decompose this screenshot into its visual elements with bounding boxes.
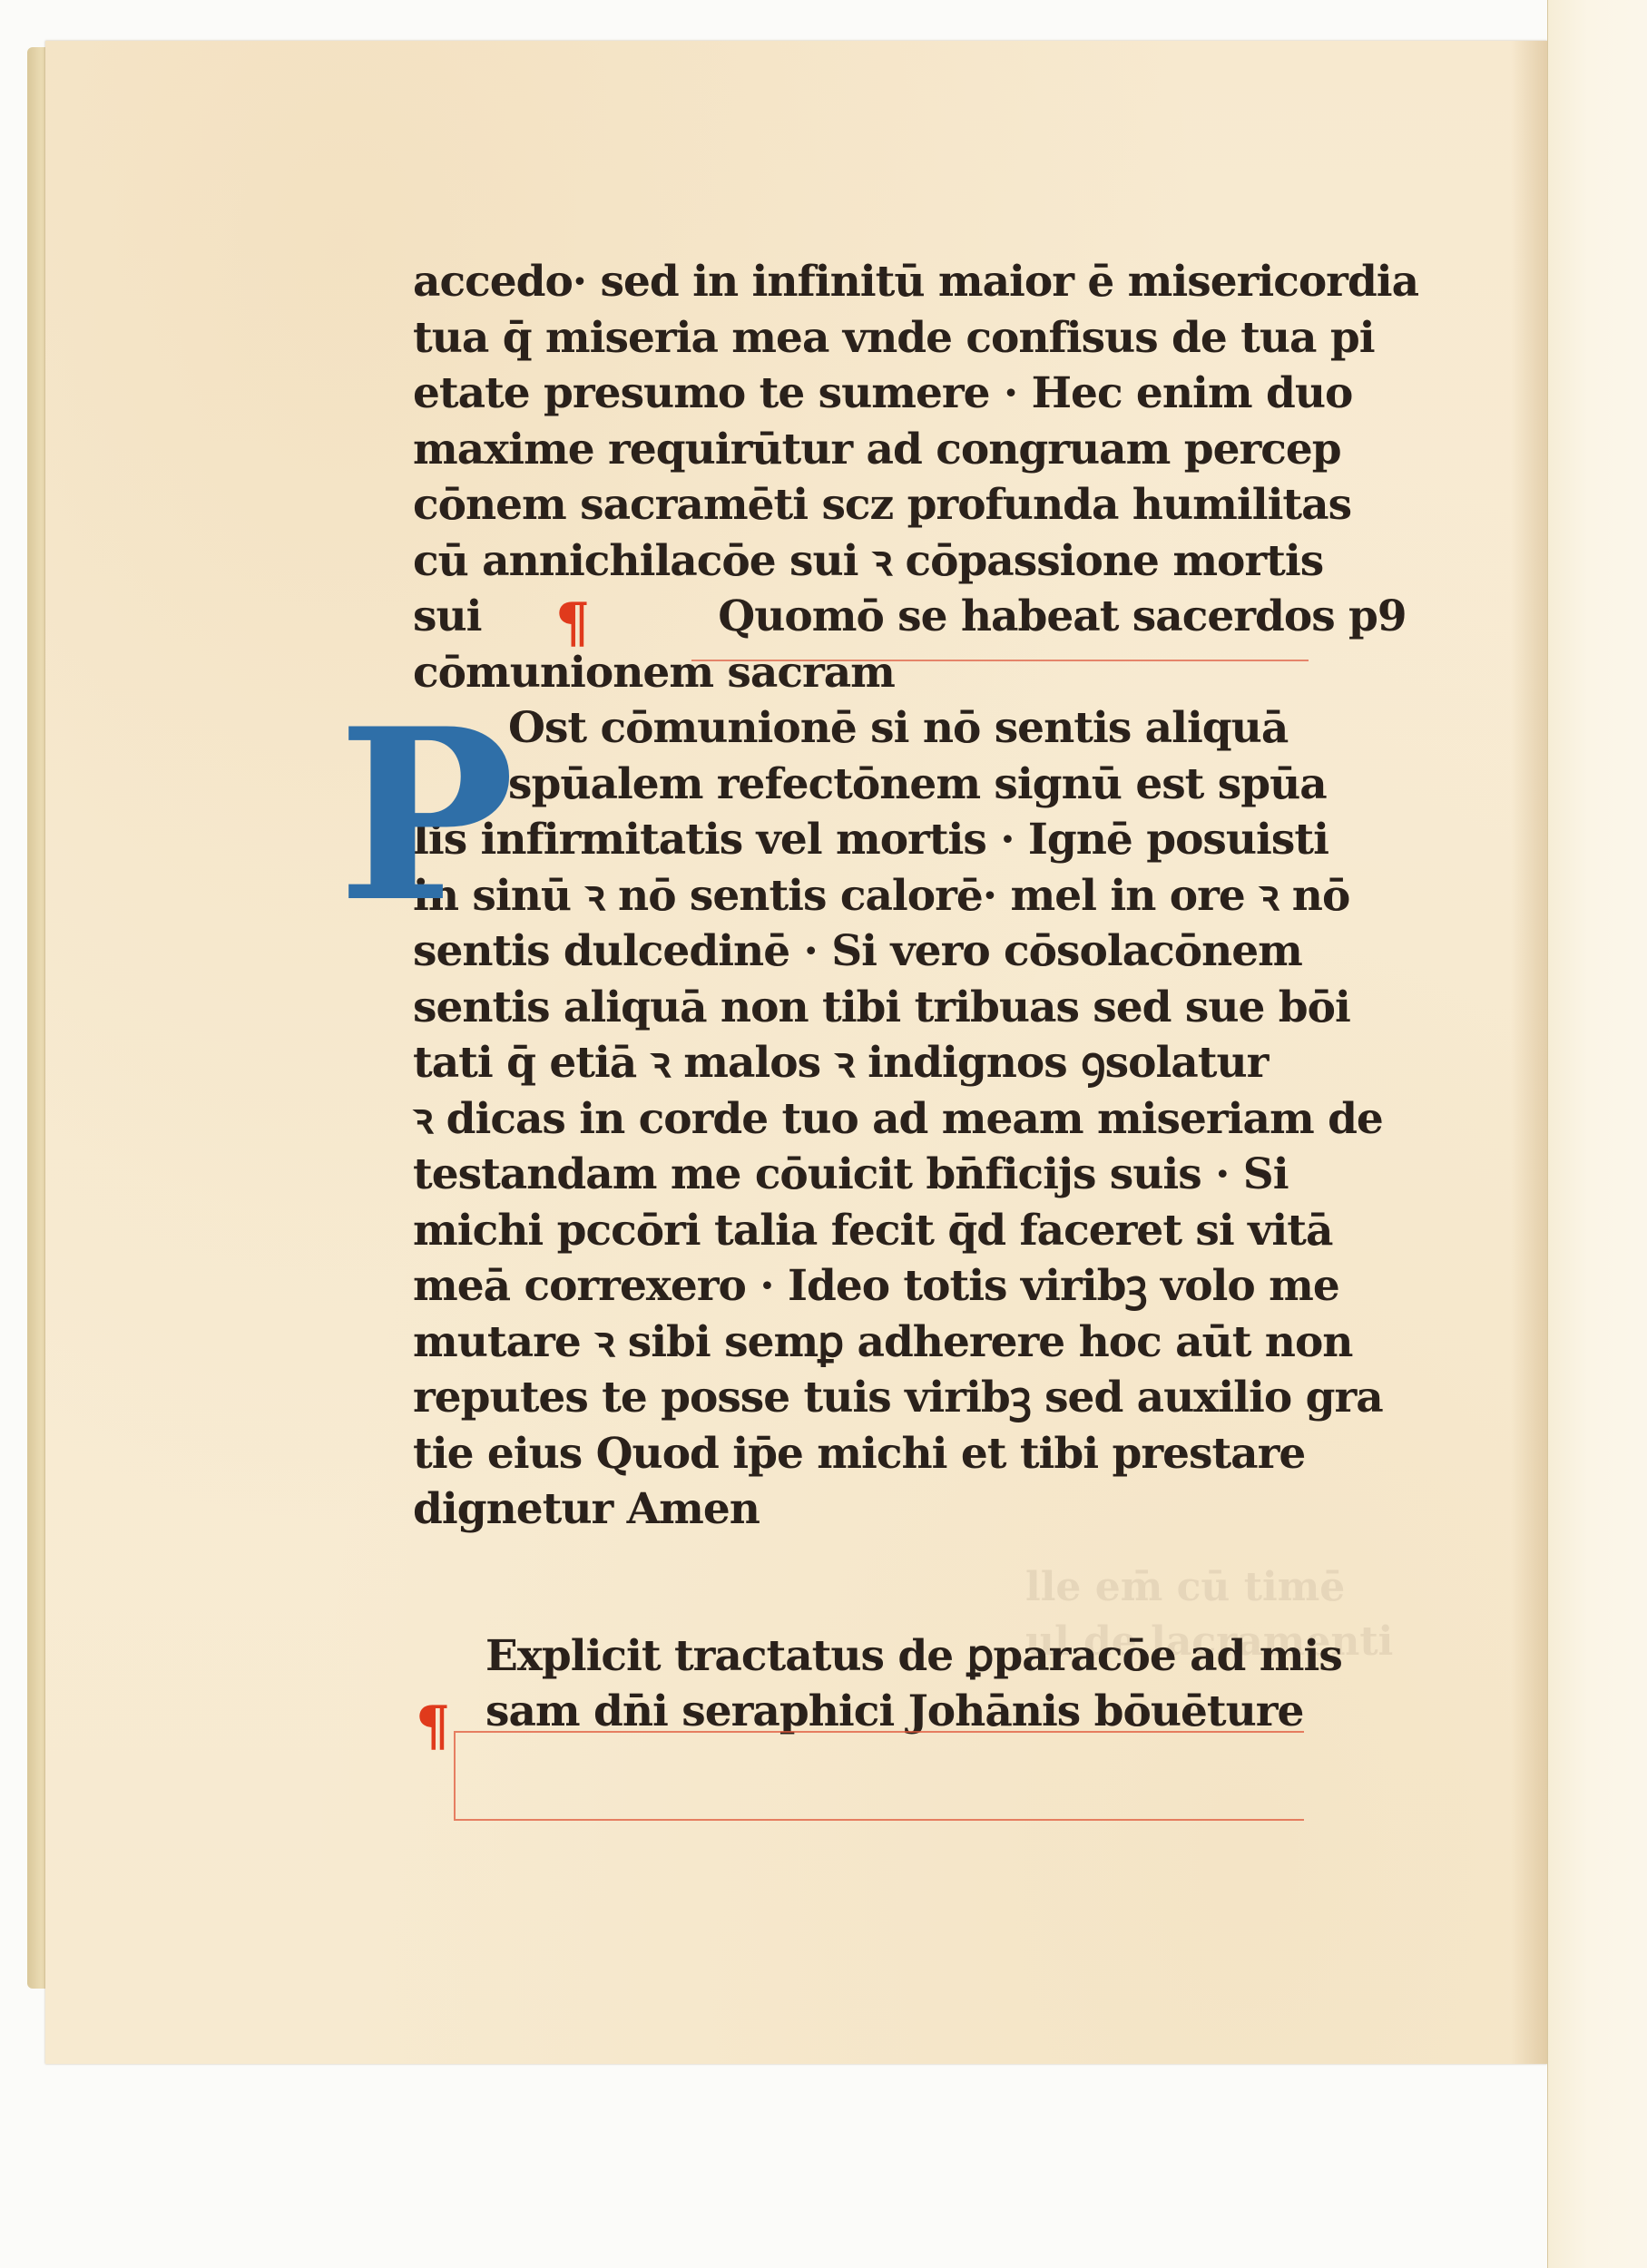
text-line: maxime requirūtur ad congruam percep [413,422,1302,478]
text-block: accedo· sed in infinitū maior ē miserico… [413,254,1302,1740]
text-line: cōnem sacramēti scz profunda humilitas [413,477,1302,533]
text-line: tati q̄ etiā ꝛ malos ꝛ indignos ꝯsolatur [413,1035,1302,1091]
text-line: sentis dulcedinē · Si vero cōsolacōnem [413,924,1302,980]
text-line: reputes te posse tuis viribꝫ sed auxilio… [413,1370,1302,1426]
text-line: tie eius Quod ip̄e michi et tibi prestar… [413,1426,1302,1482]
colophon-rubric-box [454,1731,1304,1821]
colophon-line: Explicit tractatus de ꝑparacōe ad mis [413,1628,1302,1685]
text-line: mutare ꝛ sibi semꝑ adherere hoc aūt non [413,1315,1302,1371]
text-line: dignetur Amen [413,1481,1302,1538]
text-fragment: sui [413,591,482,641]
text-line: ꝛ dicas in corde tuo ad meam miseriam de [413,1091,1302,1148]
gutter-shadow [1511,41,1547,2064]
decorated-initial-p: P [338,726,519,907]
pilcrow-icon: ¶ [416,1695,450,1758]
text-line: testandam me cōuicit bn̄ficijs suis · Si [413,1147,1302,1203]
text-line: etate presumo te sumere · Hec enim duo [413,366,1302,422]
heading-text: Quomō se habeat sacerdos p9 [718,591,1406,641]
text-line: accedo· sed in infinitū maior ē miserico… [413,254,1302,310]
facing-leaf [1547,0,1647,2268]
text-line: meā correxero · Ideo totis viribꝫ volo m… [413,1258,1302,1315]
text-line: spūalem refectōnem signū est spūa [413,757,1302,813]
text-line: in sinū ꝛ nō sentis calorē· mel in ore ꝛ… [413,868,1302,924]
heading-line: sui Quomō se habeat sacerdos p9 [413,589,1302,645]
rubric-underline [691,660,1309,661]
text-line: Ost cōmunionē si nō sentis aliquā [413,700,1302,757]
text-line: tua q̄ miseria mea vnde confisus de tua … [413,310,1302,367]
text-line: cū annichilacōe sui ꝛ cōpassione mortis [413,533,1302,590]
text-line: lis infirmitatis vel mortis · Ignē posui… [413,812,1302,868]
heading-line-2: cōmunionem sacram [413,645,1302,701]
text-line: michi pccōri talia fecit q̄d faceret si … [413,1203,1302,1259]
pilcrow-icon: ¶ [555,591,590,655]
text-line: sentis aliquā non tibi tribuas sed sue b… [413,980,1302,1036]
spacer [413,1538,1302,1628]
